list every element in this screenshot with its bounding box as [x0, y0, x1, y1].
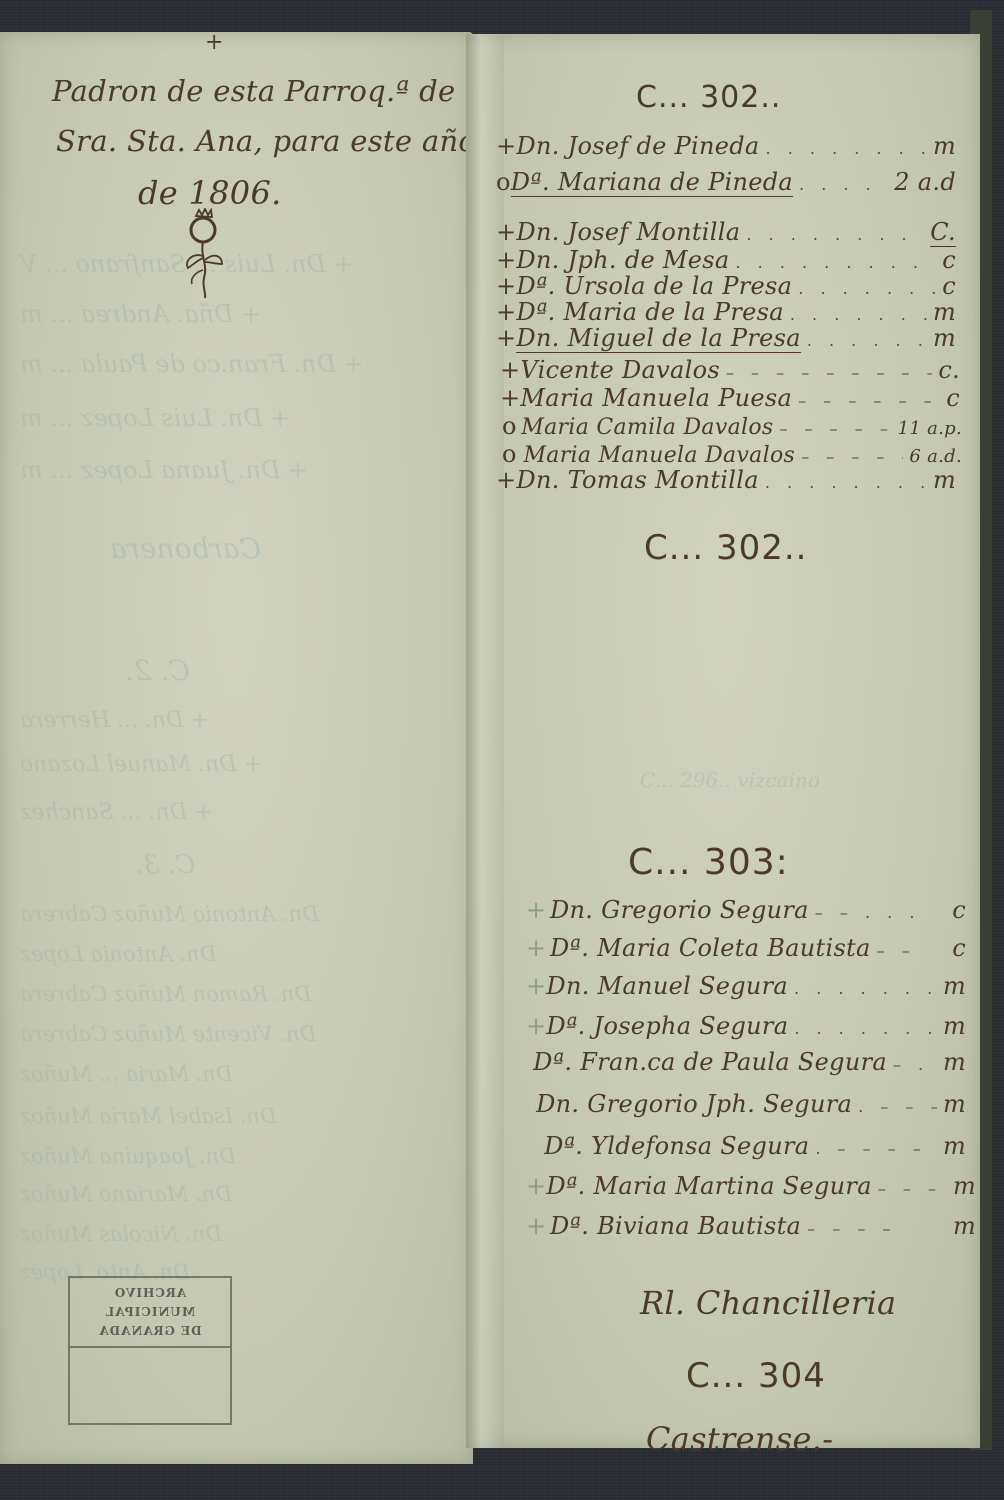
entry-mark: +	[526, 1012, 546, 1040]
entry-name: Maria Camila Davalos	[521, 415, 773, 440]
bleed-through-heading: C... 296.. vizcaino	[640, 768, 820, 792]
census-entry: + Dn. Tomas Montilla . . . . . . . . . .…	[496, 466, 956, 494]
bleed-through-line: Dn. Nicolas Muñoz	[20, 1222, 222, 1246]
census-entry: + Maria Manuela Puesa – – – – – – – – c	[500, 384, 960, 412]
stamp-line: MUNICIPAL	[70, 1303, 230, 1322]
entry-status: c.	[938, 356, 960, 384]
entry-status: 11 a.p.	[898, 418, 962, 439]
entry-mark: o	[496, 168, 511, 196]
leader-dots: . . . . . . . . . . . . . .	[766, 139, 927, 158]
entry-status: C.	[930, 218, 956, 247]
entry-name: Dn. Josef de Pineda	[516, 132, 759, 160]
entry-name: Maria Manuela Puesa	[520, 384, 792, 412]
entry-status: m	[943, 1090, 966, 1118]
entry-status: m	[943, 972, 966, 1000]
census-entry: o Maria Manuela Davalos – – – – – 6 a.d.	[502, 440, 962, 468]
bleed-through-line: Dn. Mariano Muñoz	[20, 1182, 232, 1206]
entry-name: Dª. Maria Coleta Bautista	[550, 934, 871, 962]
entry-status: m	[953, 1172, 976, 1200]
leader-dots: – . . . . . .	[893, 1055, 937, 1074]
section-heading-c302-repeat: C... 302..	[644, 528, 807, 568]
stamp-line: DE GRANADA	[70, 1322, 230, 1341]
entry-mark: +	[526, 972, 546, 1000]
entry-mark: +	[496, 298, 516, 326]
entry-status: m	[933, 298, 956, 326]
leader-dots: . . . . . . . . . . . . . .	[746, 225, 924, 244]
census-entry: Dª. Fran.ca de Paula Segura – . . . . . …	[526, 1048, 966, 1076]
entry-name: Dª. Mariana de Pineda	[511, 168, 793, 197]
entry-status: c	[952, 934, 966, 962]
census-entry: + Vicente Davalos – – – – – – – – – – – …	[500, 356, 960, 384]
bleed-through-line: Dn. Isabel Maria Muñoz	[20, 1104, 277, 1128]
entry-status: c	[942, 246, 956, 274]
census-entry: + Dª. Ursola de la Presa . . . . . . . .…	[496, 272, 956, 300]
leader-dots: . . . . . . . . . . . . .	[765, 473, 927, 492]
entry-name: Dn. Tomas Montilla	[516, 466, 758, 494]
census-entry: + Dª. Biviana Bautista – – – – m	[526, 1212, 976, 1240]
bleed-through-line: + Dña. Andrea ... m	[20, 300, 261, 328]
bleed-through-line: + Dn. ... Sanchez	[20, 800, 213, 825]
census-entry: o Maria Camila Davalos – – – – – – 11 a.…	[502, 412, 962, 440]
leader-dots: . . . . . . . . . . . . . .	[807, 331, 927, 350]
census-entry: o Dª. Mariana de Pineda . . . . . . . . …	[496, 168, 956, 197]
cross-mark: +	[205, 30, 224, 55]
census-entry: + Dª. Josepha Segura . . . . . . . . . .…	[526, 1012, 966, 1040]
entry-name: Vicente Davalos	[520, 356, 720, 384]
bleed-through-line: + Dn. Luis Lopez ... m	[20, 404, 290, 432]
census-entry: + Dn. Gregorio Segura – – . . . c	[526, 896, 966, 924]
entry-status: c	[946, 384, 960, 412]
entry-status: m	[953, 1212, 976, 1240]
census-entry: Dn. Gregorio Jph. Segura . – – – – – – –…	[526, 1090, 966, 1118]
entry-name: Dª. Josepha Segura	[546, 1012, 788, 1040]
entry-status: c	[942, 272, 956, 300]
leader-dots: . . . . . . . . . . . . . .	[798, 279, 936, 298]
census-entry: + Dª. Maria Coleta Bautista – – c	[526, 934, 966, 962]
entry-name: Dn. Gregorio Segura	[550, 896, 809, 924]
entry-name: Dn. Jph. de Mesa	[516, 246, 729, 274]
entry-status: m	[933, 466, 956, 494]
section-heading-c303: C... 303:	[628, 842, 789, 883]
bleed-through-line: + Dn. ... Herrera	[20, 708, 209, 733]
title-line-3: de 1806.	[138, 174, 282, 212]
leader-dots: . . . . . . . . . . . . . .	[735, 253, 936, 272]
entry-status: c	[952, 896, 966, 924]
title-line-2: Sra. Sta. Ana, para este año	[56, 124, 476, 158]
section-heading-c304: C... 304	[686, 1356, 826, 1396]
archive-stamp: ARCHIVO MUNICIPAL DE GRANADA	[68, 1276, 232, 1425]
bleed-through-line: C. 2.	[125, 654, 190, 687]
title-line-1: Padron de esta Parroq.ª de mi	[52, 74, 502, 108]
entry-status: m	[933, 324, 956, 352]
leader-dots: – – – –	[807, 1219, 947, 1238]
entry-mark: +	[526, 896, 550, 924]
leader-dots: . . . . . . . . . .	[794, 979, 937, 998]
entry-mark: +	[496, 218, 516, 246]
entry-name: Maria Manuela Davalos	[523, 443, 795, 468]
leader-dots: . . . . . . . . . . . . . .	[790, 305, 927, 324]
entry-mark: o	[502, 412, 521, 440]
leader-dots: – – – – – – – – – – – –	[726, 363, 932, 382]
census-entry: + Dª. Maria Martina Segura – – – – m	[526, 1172, 976, 1200]
leader-dots: . . . . . . . . . .	[794, 1019, 937, 1038]
leader-dots: – – – – –	[801, 447, 903, 466]
entry-mark: +	[496, 272, 516, 300]
entry-mark: +	[496, 324, 516, 352]
bleed-through-line: Dn. Joaquina Muñoz	[20, 1144, 236, 1168]
entry-status: m	[943, 1048, 966, 1076]
entry-name: Dª. Yldefonsa Segura	[544, 1132, 809, 1160]
section-subtitle-castrense: Castrense.-	[646, 1420, 833, 1458]
leader-dots: . – – – – – – –	[858, 1097, 937, 1116]
institution-heading: Rl. Chancilleria	[640, 1284, 896, 1322]
entry-name: Dª. Ursola de la Presa	[516, 272, 792, 300]
section-heading-c302: C... 302..	[636, 80, 781, 115]
entry-name: Dª. Maria Martina Segura	[546, 1172, 871, 1200]
leader-dots: . – – – – – –	[815, 1139, 937, 1158]
entry-mark: +	[496, 132, 516, 160]
stamp-line: ARCHIVO	[70, 1284, 230, 1303]
entry-mark: +	[526, 934, 550, 962]
leader-dots: – –	[877, 941, 947, 960]
bleed-through-line: Dn. Antonio Muñoz Cabrera	[20, 902, 319, 926]
entry-name: Dª. Maria de la Presa	[516, 298, 783, 326]
entry-status: 6 a.d.	[909, 446, 962, 467]
entry-mark: +	[500, 356, 520, 384]
bleed-through-line: Dn. Maria ... Muñoz	[20, 1062, 233, 1086]
entry-mark: +	[496, 466, 516, 494]
census-entry: Dª. Yldefonsa Segura . – – – – – – m	[526, 1132, 966, 1160]
bleed-through-line: + Dn. Fran.co de Paula ... m	[20, 350, 364, 378]
entry-mark: +	[496, 246, 516, 274]
entry-status: m	[943, 1132, 966, 1160]
bleed-through-line: + Dn. Manuel Lozano	[20, 752, 262, 777]
bleed-through-line: Carbonera	[110, 532, 261, 565]
census-entry: + Dª. Maria de la Presa . . . . . . . . …	[496, 298, 956, 326]
entry-mark: +	[526, 1172, 546, 1200]
bleed-through-line: + Dn. Juana Lopez ... m	[20, 456, 308, 484]
pomegranate-ornament-icon	[178, 208, 228, 300]
entry-name: Dª. Biviana Bautista	[550, 1212, 801, 1240]
leader-dots: – – . . .	[815, 903, 946, 922]
entry-status: m	[943, 1012, 966, 1040]
leader-dots: – – – –	[878, 1179, 947, 1198]
entry-status: 2 a.d	[894, 168, 956, 196]
entry-name: Dn. Gregorio Jph. Segura	[536, 1090, 852, 1118]
bleed-through-line: C. 3.	[135, 850, 195, 880]
leader-dots: – – – – – –	[779, 419, 891, 438]
entry-name: Dª. Fran.ca de Paula Segura	[533, 1048, 887, 1076]
entry-mark: o	[502, 440, 523, 468]
entry-name: Dn. Miguel de la Presa	[516, 324, 800, 353]
census-entry: + Dn. Josef de Pineda . . . . . . . . . …	[496, 132, 956, 160]
entry-name: Dn. Manuel Segura	[546, 972, 788, 1000]
entry-name: Dn. Josef Montilla	[516, 218, 740, 246]
entry-status: m	[933, 132, 956, 160]
bleed-through-line: Dn. Ramon Muñoz Cabrera	[20, 982, 311, 1006]
census-entry: + Dn. Josef Montilla . . . . . . . . . .…	[496, 218, 956, 247]
census-entry: + Dn. Miguel de la Presa . . . . . . . .…	[496, 324, 956, 353]
bleed-through-line: Dn. Vicente Muñoz Cabrera	[20, 1022, 316, 1046]
leader-dots: – – – – – – – –	[798, 391, 940, 410]
entry-mark: +	[526, 1212, 550, 1240]
leader-dots: . . . . . . . . . . . . . .	[799, 175, 888, 194]
left-page: + Padron de esta Parroq.ª de mi Sra. Sta…	[0, 32, 473, 1464]
bleed-through-line: Dn. Antonia Lopez	[20, 942, 216, 966]
entry-mark: +	[500, 384, 520, 412]
census-entry: + Dn. Jph. de Mesa . . . . . . . . . . .…	[496, 246, 956, 274]
census-entry: + Dn. Manuel Segura . . . . . . . . . . …	[526, 972, 966, 1000]
